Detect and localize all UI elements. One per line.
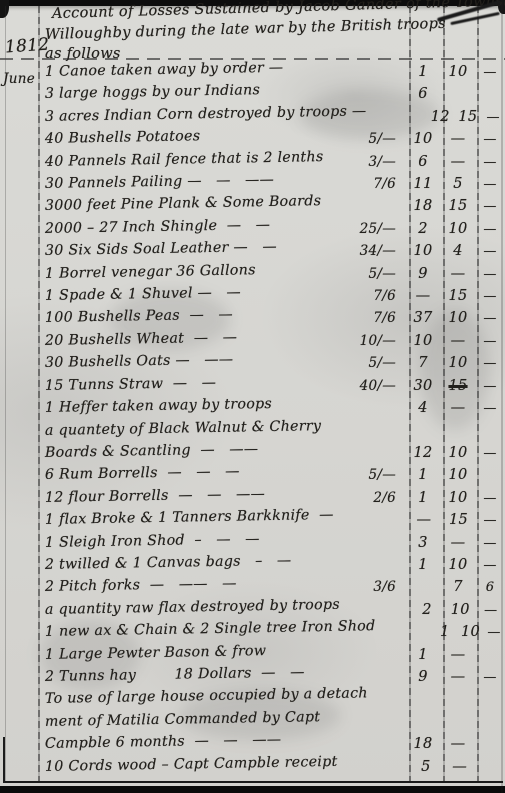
entry-pounds: 12 [405,445,441,461]
entry-pounds: 10 [405,131,441,147]
entry-pounds: 1 [405,467,441,483]
entry-description: 3000 feet Pine Plank & Some Boards [40,193,332,214]
entry-pounds: 2 [405,221,441,237]
entry-pence: — [475,356,505,371]
entry-pence: — [475,558,505,573]
scan-border-bottom [0,786,505,793]
entry-description: Campble 6 months — — —— [40,731,332,752]
page-rule-bottom [3,781,503,783]
entry-rate: 3/— [332,154,405,170]
entry-pence: — [475,334,505,349]
entry-pounds: 6 [405,86,441,102]
entry-shillings: — [441,736,475,752]
entry-shillings: — [441,131,475,147]
entry-pence: — [475,289,505,304]
entry-rate: 2/6 [332,490,405,506]
entry-pounds: 4 [405,400,441,416]
entry-shillings: — [441,333,475,349]
entry-shillings: 10 [441,64,475,80]
entry-pence: — [475,155,505,170]
entry-pence: — [475,132,505,147]
entry-shillings: 15 [441,378,475,394]
entry-description: 100 Bushells Peas — — [40,305,332,326]
entry-pounds: 1 [432,624,458,640]
entry-pence: — [475,491,505,506]
entry-pounds: 11 [405,176,441,192]
entry-shillings: — [441,154,475,170]
entry-pence: — [475,379,505,394]
entry-shillings: 15 [441,288,475,304]
entry-rate: 34/— [332,243,405,259]
entry-pence: — [475,446,505,461]
ledger-row: 10 Cords wood – Capt Campble receipt 5 — [40,759,505,780]
entry-description: 3 large hoggs by our Indians [40,81,332,102]
entry-shillings: — [441,535,475,551]
entry-shillings: — [441,669,475,685]
entry-shillings: 4 [441,243,475,259]
entry-description: 40 Bushells Potatoes [40,126,332,147]
page-edge-left [5,6,6,781]
entry-rate: 7/6 [332,288,405,304]
entry-pounds: 9 [405,669,441,685]
entry-pence: — [475,401,505,416]
entry-shillings: 10 [458,624,483,640]
ledger-page: Account of Losses Sustained by Jacob Gan… [0,0,505,793]
entry-pounds: 1 [405,490,441,506]
entry-pence: — [475,244,505,259]
entry-pence: — [475,513,505,528]
entry-pounds: 1 [405,647,441,663]
entry-rate: 5/— [332,467,405,483]
entry-pence: — [483,625,505,640]
entry-rate: 40/— [332,378,405,394]
entry-pounds: — [406,512,442,528]
entry-pounds: 7 [405,355,441,371]
entry-pence: — [475,199,505,214]
entry-shillings: 10 [441,445,475,461]
entry-shillings: 10 [441,221,475,237]
entry-shillings: 10 [441,467,475,483]
entry-shillings: 7 [441,579,475,595]
entry-pounds: 9 [405,266,441,282]
entry-shillings: — [441,266,475,282]
entry-pence: — [475,177,505,192]
month-label: June [3,71,35,87]
entry-shillings: — [441,400,475,416]
entry-rate: 10/— [332,333,405,349]
entry-pence: — [475,65,505,80]
entry-description: 30 Six Sids Soal Leather — — [40,238,332,259]
entry-pounds: 12 [426,109,454,125]
entry-pounds: 18 [405,736,441,752]
entry-shillings: 15 [454,109,481,125]
entry-pence: — [481,110,505,125]
entry-pence: — [475,267,505,282]
entry-pounds: — [405,288,441,304]
entry-description: 1 Canoe taken away by order — [40,59,332,80]
entry-pounds: 10 [405,243,441,259]
document-title-line3: as follows [45,46,121,62]
entry-rate: 5/— [332,266,405,282]
entry-description: 30 Bushells Oats — —— [40,350,332,371]
entry-description: 6 Rum Borrells — — — [40,462,332,483]
entry-pounds: 37 [405,310,441,326]
entry-shillings: 5 [441,176,475,192]
ledger-entries: 1 Canoe taken away by order — 1 10 — 3 l… [40,64,505,780]
entry-rate: 7/6 [332,176,405,192]
entry-rate: 5/— [332,355,405,371]
entry-shillings: — [441,647,475,663]
entry-pence: — [476,603,505,618]
entry-pence: — [475,536,505,551]
entry-rate: 5/— [332,131,405,147]
entry-shillings: 15 [442,512,476,528]
entry-rate: 3/6 [332,579,405,595]
entry-pounds: 30 [405,378,441,394]
entry-rate: 7/6 [332,310,405,326]
year-label: 1812 [4,34,50,57]
entry-pounds: 18 [405,198,441,214]
entry-shillings: 10 [441,355,475,371]
entry-pence: — [475,222,505,237]
entry-pence: — [475,311,505,326]
entry-pounds: 1 [405,557,441,573]
entry-pounds: 10 [405,333,441,349]
entry-shillings: 10 [441,310,475,326]
entry-shillings: 15 [441,198,475,214]
entry-shillings: — [443,759,476,775]
entry-pounds: 1 [405,64,441,80]
entry-pence: — [475,670,505,685]
entry-pounds: 3 [405,535,441,551]
entry-description: 2 Pitch forks — —— — [40,574,332,595]
entry-shillings: 10 [441,490,475,506]
entry-pounds: 5 [408,759,443,775]
entry-rate: 25/— [332,221,405,237]
entry-pounds: 2 [410,602,444,618]
entry-pounds: 6 [405,154,441,170]
entry-shillings: 10 [444,602,476,618]
entry-shillings: 10 [441,557,475,573]
entry-pence: 6 [475,580,505,595]
